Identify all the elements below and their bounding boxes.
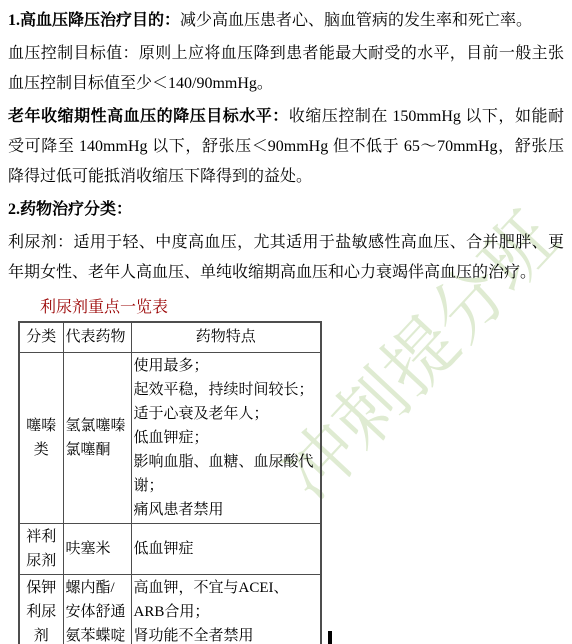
table-title: 利尿剂重点一览表 [40, 298, 564, 318]
cell-drugs: 氢氯噻嗪 氯噻酮 [63, 352, 131, 523]
paragraph-body: 利尿剂：适用于轻、中度高血压，尤其适用于盐敏感性高血压、合并肥胖、更年期女性、老… [8, 234, 564, 281]
table-header-row: 分类 代表药物 药物特点 [19, 322, 321, 352]
paragraph-drug-classification: 2.药物治疗分类： [8, 195, 564, 225]
document-page: { "document": { "watermark": "冲刺提分班", "p… [0, 0, 572, 644]
paragraph-bp-target: 血压控制目标值：原则上应将血压降到患者能最大耐受的水平，目前一般主张血压控制目标… [8, 39, 564, 99]
cell-category: 噻嗪类 [19, 352, 63, 523]
cell-features: 低血钾症 [131, 523, 321, 574]
cell-features: 高血钾，不宜与ACEI、ARB合用； 肾功能不全者禁用 [131, 574, 321, 644]
header-cell-drugs: 代表药物 [63, 322, 131, 352]
table-row-thiazide: 噻嗪类 氢氯噻嗪 氯噻酮 使用最多； 起效平稳，持续时间较长；适于心衰及老年人；… [19, 352, 321, 523]
header-cell-category: 分类 [19, 322, 63, 352]
document-body: 1.高血压降压治疗目的：减少高血压患者心、脑血管病的发生率和死亡率。 血压控制目… [0, 0, 572, 644]
cell-drugs: 呋塞米 [63, 523, 131, 574]
paragraph-diuretics-intro: 利尿剂：适用于轻、中度高血压，尤其适用于盐敏感性高血压、合并肥胖、更年期女性、老… [8, 228, 564, 288]
paragraph-lead: 2.药物治疗分类： [8, 201, 132, 218]
cell-category: 保钾利尿剂 [19, 574, 63, 644]
cell-category: 袢利尿剂 [19, 523, 63, 574]
paragraph-lead: 1.高血压降压治疗目的： [8, 12, 180, 29]
cell-drugs: 螺内酯/安体舒通 氨苯蝶啶 [63, 574, 131, 644]
header-cell-features: 药物特点 [131, 322, 321, 352]
table-row-loop: 袢利尿剂 呋塞米 低血钾症 [19, 523, 321, 574]
diuretics-table: 分类 代表药物 药物特点 噻嗪类 氢氯噻嗪 氯噻酮 使用最多； 起效平稳，持续时… [18, 321, 322, 644]
paragraph-body: 血压控制目标值：原则上应将血压降到患者能最大耐受的水平，目前一般主张血压控制目标… [8, 45, 564, 92]
paragraph-treatment-goal: 1.高血压降压治疗目的：减少高血压患者心、脑血管病的发生率和死亡率。 [8, 6, 564, 36]
paragraph-elderly-target: 老年收缩期性高血压的降压目标水平：收缩压控制在 150mmHg 以下，如能耐受可… [8, 102, 564, 192]
paragraph-body: 减少高血压患者心、脑血管病的发生率和死亡率。 [180, 12, 532, 29]
table-row-potassium-sparing: 保钾利尿剂 螺内酯/安体舒通 氨苯蝶啶 高血钾，不宜与ACEI、ARB合用； 肾… [19, 574, 321, 644]
cell-features: 使用最多； 起效平稳，持续时间较长；适于心衰及老年人； 低血钾症； 影响血脂、血… [131, 352, 321, 523]
paragraph-lead: 老年收缩期性高血压的降压目标水平： [8, 108, 289, 125]
text-cursor [328, 631, 332, 644]
